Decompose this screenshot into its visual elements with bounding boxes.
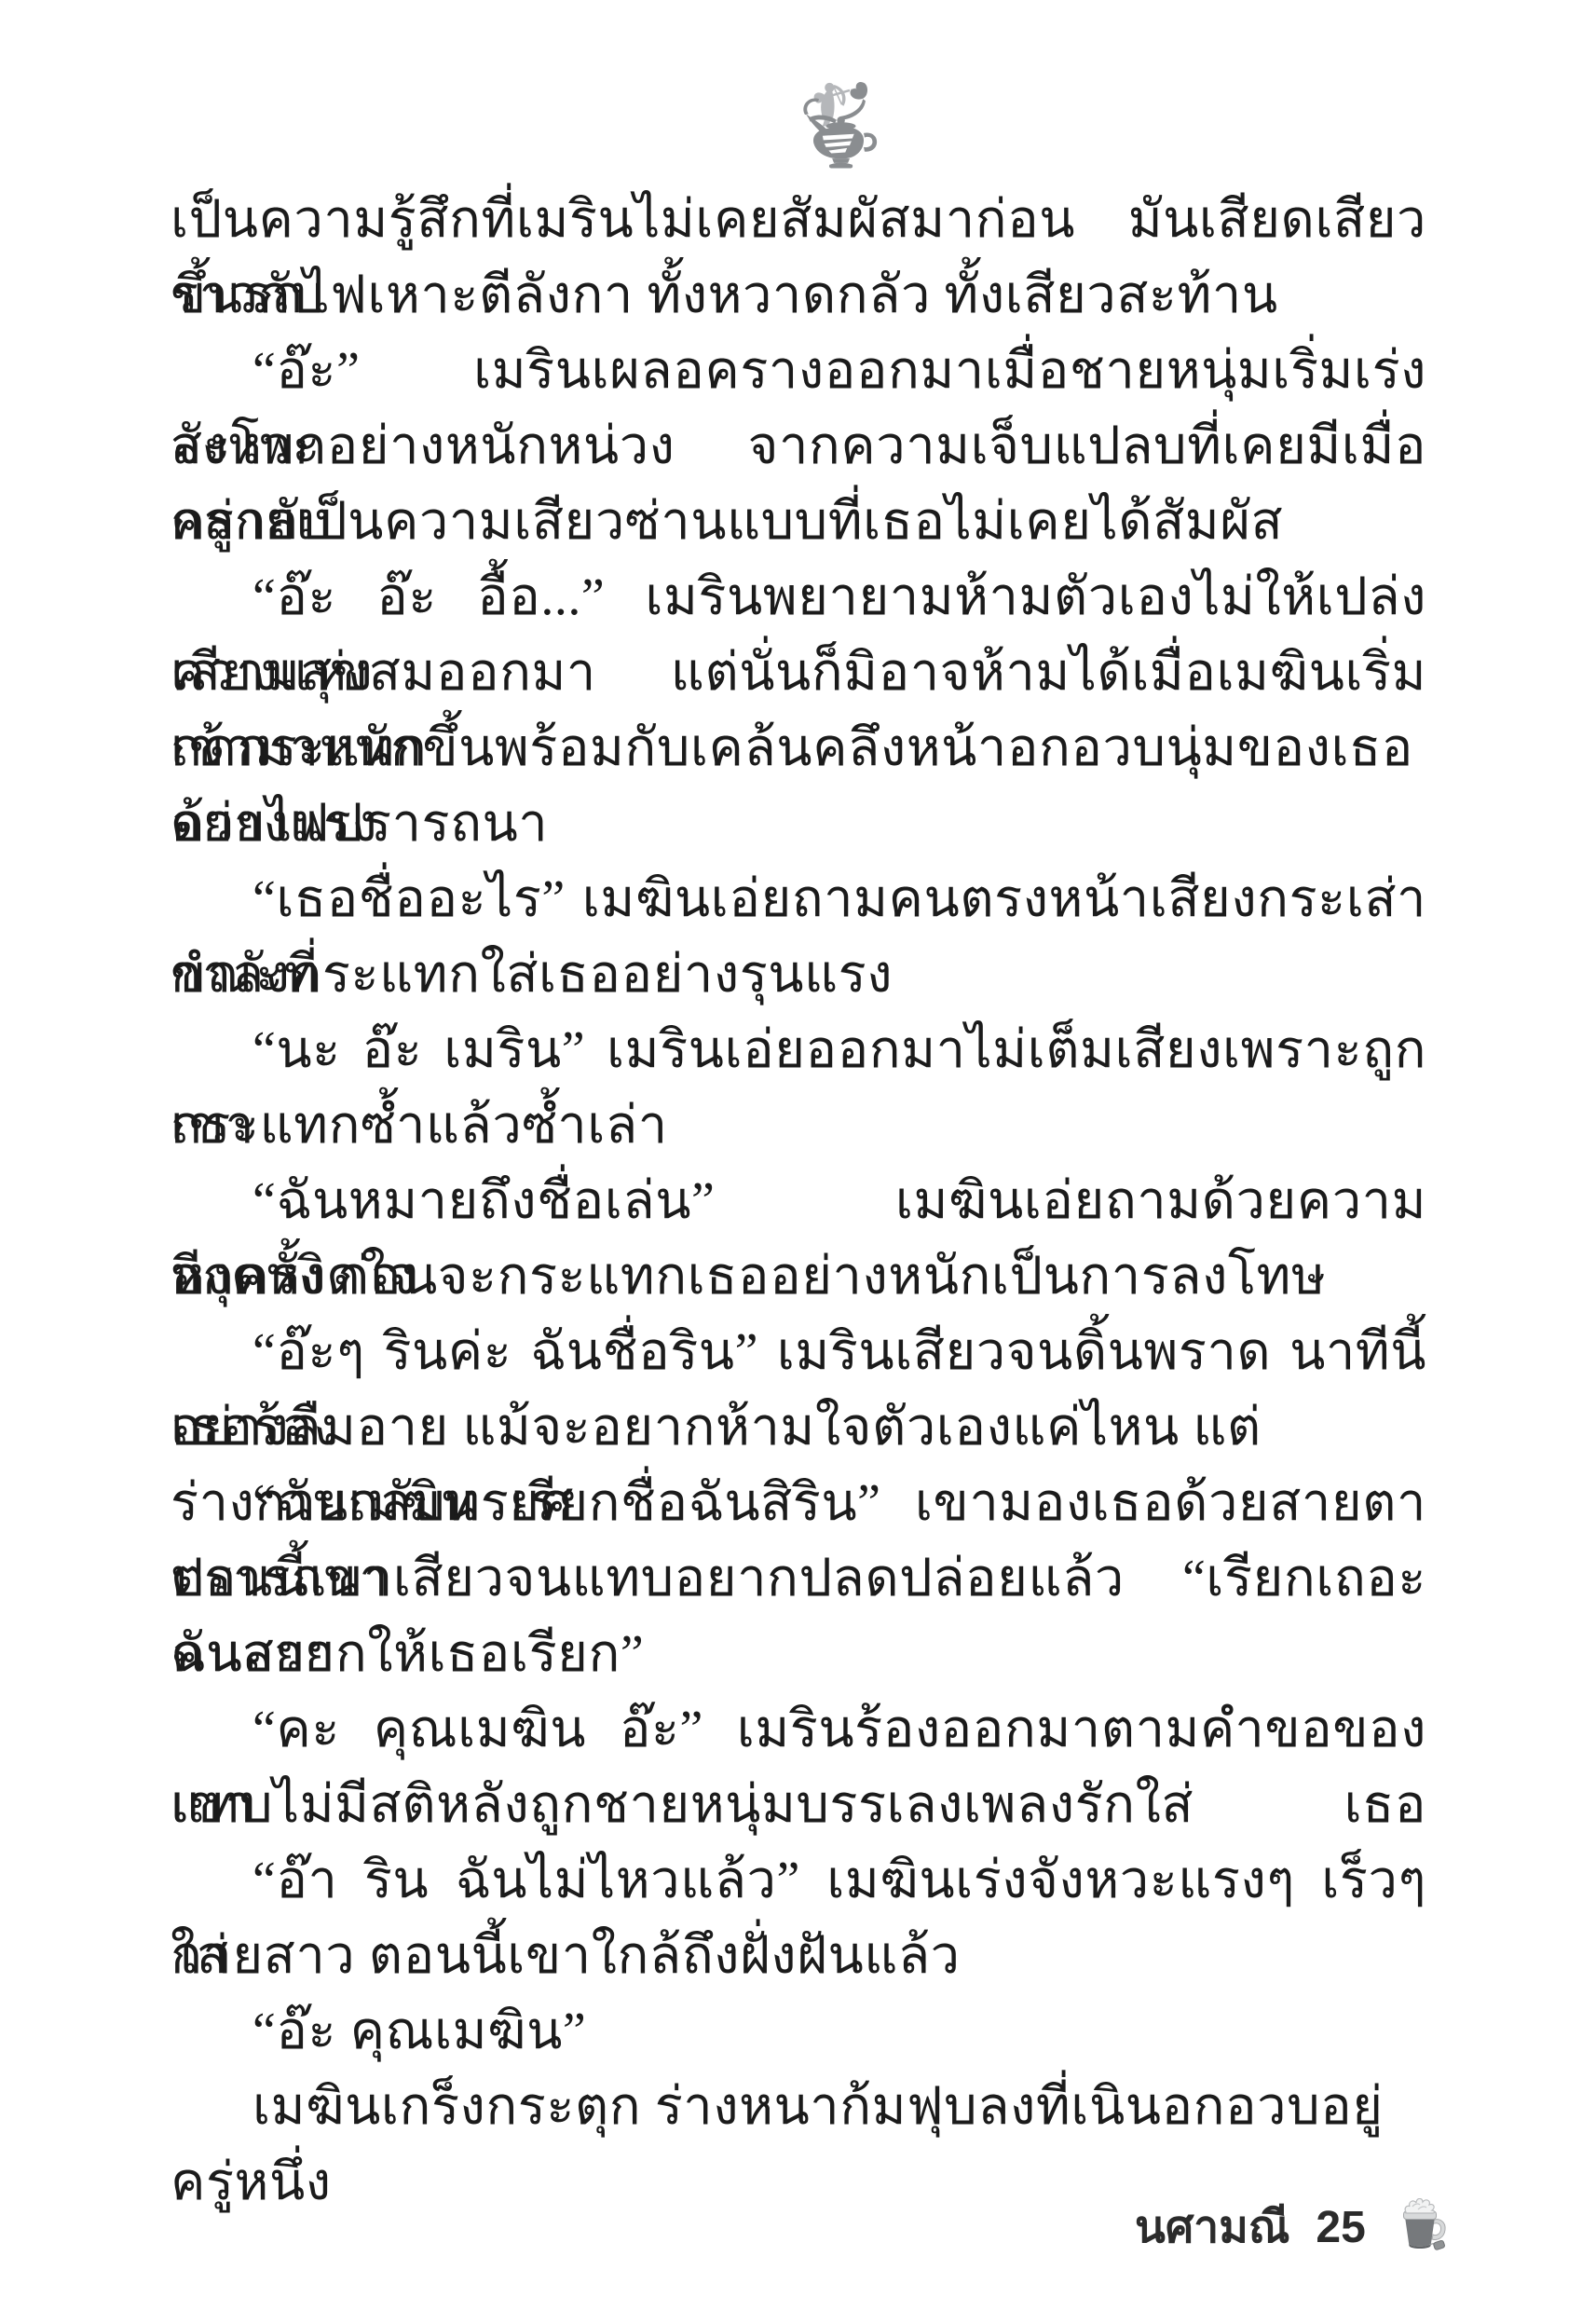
text-line: “ฉันหมายถึงชื่อเล่น” เมฆินเอ่ยถามด้วยควา… xyxy=(171,1164,1426,1239)
text-line: ด้วยไฟปรารถนา xyxy=(171,786,1426,862)
text-line: “อ๊า ริน ฉันไม่ไหวแล้ว” เมฆินเร่งจังหวะแ… xyxy=(171,1843,1426,1919)
text-line: เมฆินเกร็งกระตุก ร่างหนาก้มฟุบลงที่เนินอ… xyxy=(171,2070,1426,2145)
text-line: “อ๊ะ คุณเมฆิน” xyxy=(171,1994,1426,2070)
text-line: “อ๊ะๆ รินค่ะ ฉันชื่อริน” เมรินเสียวจนดิ้… xyxy=(171,1315,1426,1390)
cupid-teapot-ornament xyxy=(791,77,879,171)
text-line: กำลังกระแทกใส่เธออย่างรุนแรง xyxy=(171,937,1426,1013)
book-title: นศามณี xyxy=(1135,2192,1289,2263)
text-line: ขึ้นรถไฟเหาะตีลังกา ทั้งหวาดกลัว ทั้งเสี… xyxy=(171,258,1426,334)
coffee-mug-icon xyxy=(1396,2198,1448,2256)
text-line: ความสุขสมออกมา แต่นั่นก็มิอาจห้ามได้เมื่… xyxy=(171,636,1426,711)
page-number: 25 xyxy=(1316,2202,1365,2253)
text-line: เป็นความรู้สึกที่เมรินไม่เคยสัมผัสมาก่อน… xyxy=(171,183,1426,258)
teapot-icon xyxy=(803,82,877,169)
text-line: “อ๊ะ” เมรินเผลอครางออกมาเมื่อชายหนุ่มเริ… xyxy=(171,334,1426,409)
text-line: ตอนนี้เขาเสียวจนแทบอยากปลดปล่อยแล้ว “เรี… xyxy=(171,1541,1426,1617)
text-line: กลายเป็นความเสียวซ่านแบบที่เธอไม่เคยได้ส… xyxy=(171,485,1426,560)
text-line: ฉันอยากให้เธอเรียก” xyxy=(171,1617,1426,1692)
text-line: กายสาว ตอนนี้เขาใกล้ถึงฝั่งฝันแล้ว xyxy=(171,1919,1426,1994)
text-line: “นะ อ๊ะ เมริน” เมรินเอ่ยออกมาไม่เต็มเสีย… xyxy=(171,1013,1426,1088)
text-line: อีกครั้ง ก่อนจะกระแทกเธออย่างหนักเป็นการ… xyxy=(171,1239,1426,1315)
text-line: “อ๊ะ อ๊ะ อื้อ...” เมรินพยายามห้ามตัวเองไ… xyxy=(171,560,1426,636)
text-line: เข้ามาหนักขึ้นพร้อมกับเคล้นคลึงหน้าอกอวบ… xyxy=(171,711,1426,786)
text-line: “เธอชื่ออะไร” เมฆินเอ่ยถามคนตรงหน้าเสียง… xyxy=(171,862,1426,937)
page-footer: นศามณี 25 xyxy=(1135,2192,1448,2263)
text-line: อย่างลืมอาย แม้จะอยากห้ามใจตัวเองแค่ไหน … xyxy=(171,1390,1426,1466)
text-line: “คะ คุณเมฆิน อ๊ะ” เมรินร้องออกมาตามคำขอข… xyxy=(171,1692,1426,1768)
text-line: สะโพกอย่างหนักหน่วง จากความเจ็บแปลบที่เค… xyxy=(171,409,1426,485)
book-page: เป็นความรู้สึกที่เมรินไม่เคยสัมผัสมาก่อน… xyxy=(0,0,1596,2311)
text-line: กระแทกซ้ำแล้วซ้ำเล่า xyxy=(171,1088,1426,1164)
text-line: “ฉันเมฆิน เรียกชื่อฉันสิริน” เขามองเธอด้… xyxy=(171,1466,1426,1541)
page-text: เป็นความรู้สึกที่เมรินไม่เคยสัมผัสมาก่อน… xyxy=(171,183,1426,2145)
